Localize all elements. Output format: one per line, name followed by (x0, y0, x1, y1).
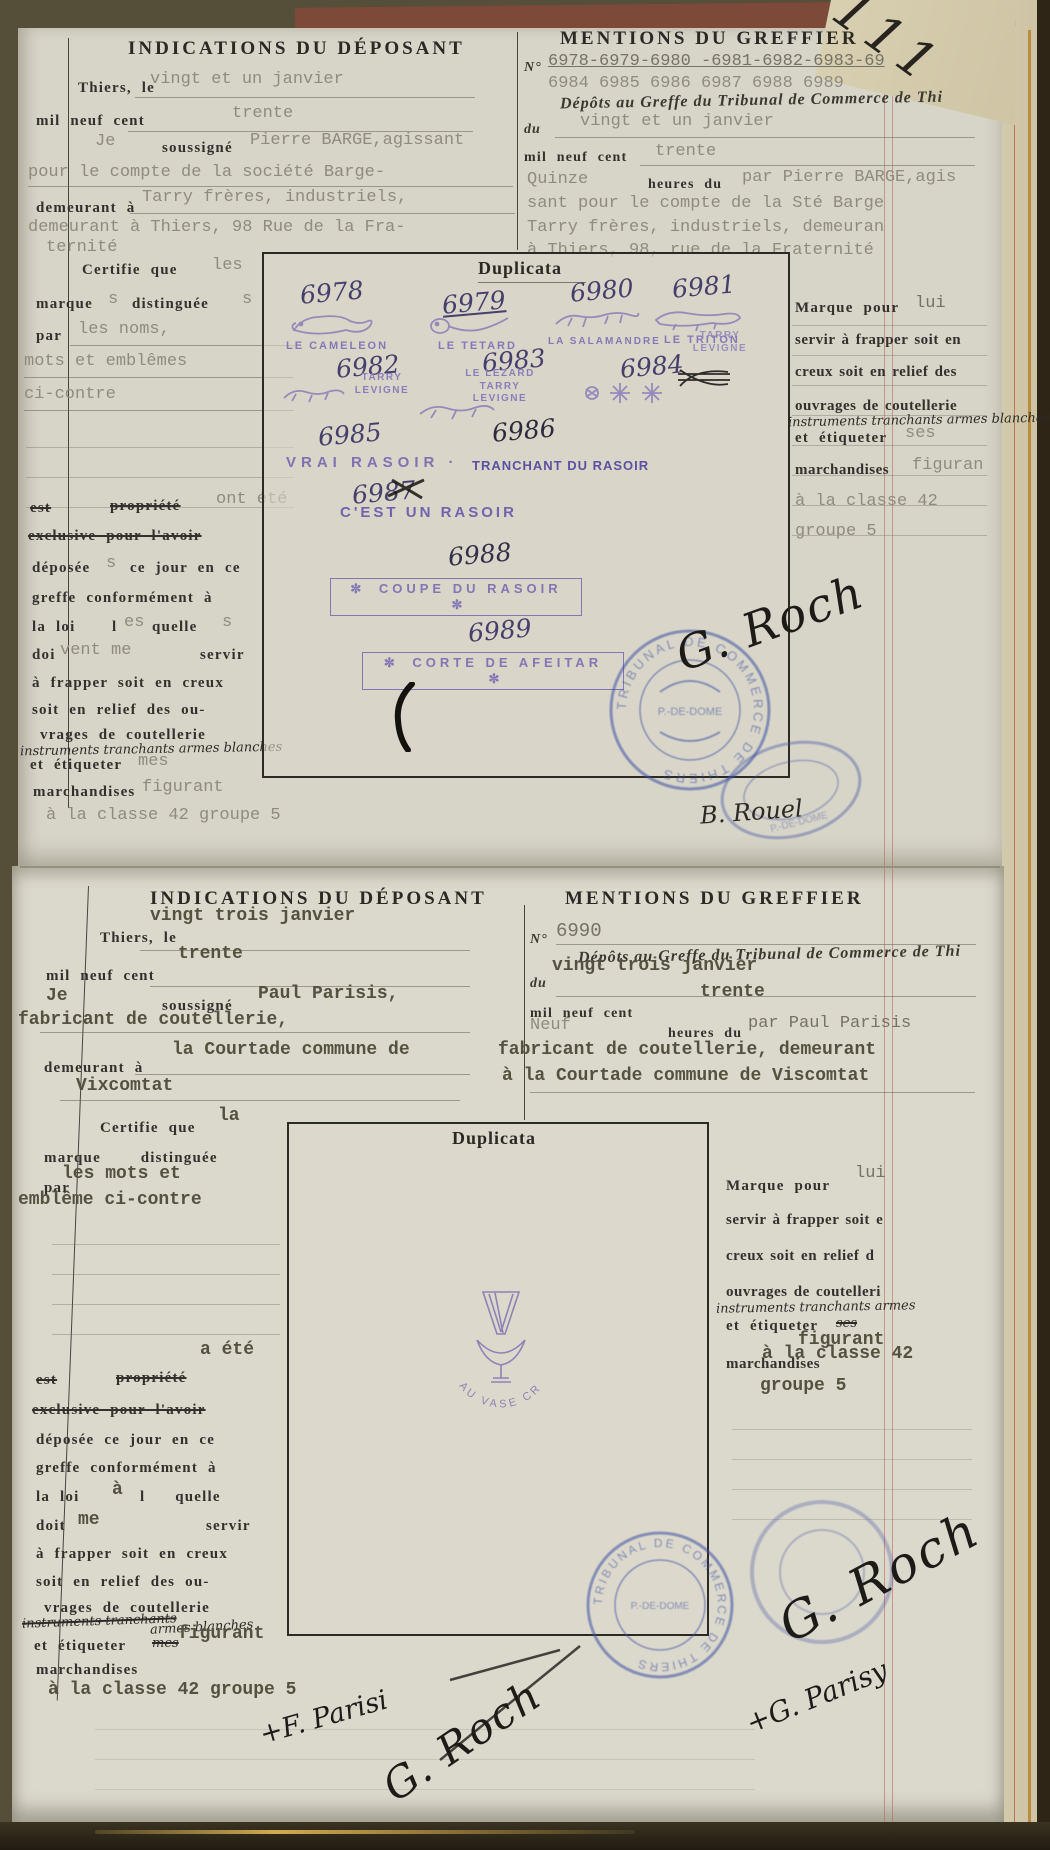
doc2-du-label: du (530, 976, 547, 992)
doc1-l: l (112, 619, 117, 636)
doc2-me: me (78, 1510, 100, 1530)
doc2-right-line2: fabricant de coutellerie, demeurant (498, 1040, 876, 1060)
bottom-shadow-edge (0, 1822, 1050, 1850)
doc1-residence2: demeurant à Thiers, 98 Rue de la Fra- (28, 218, 405, 237)
doc1-ses: ses (905, 424, 936, 443)
doc2-label-demeurant: demeurant à (44, 1060, 143, 1077)
mark-label: TARRY LEVIGNE (350, 372, 414, 397)
doc2-creux-line: creux soit en relief d (726, 1248, 874, 1265)
mark-label: COUPE DU RASOIR (379, 581, 562, 596)
doc1-frapper: à frapper soit en creux (32, 675, 224, 692)
doc2-servir: servir (206, 1518, 251, 1535)
doc2-number: 6990 (556, 920, 602, 942)
doc1-marque-pour: Marque pour (795, 300, 899, 317)
strike-x-icon (386, 476, 426, 502)
duplicata1-title: Duplicata (478, 258, 562, 279)
doc1-deposee: déposée (32, 560, 90, 577)
ruled-lines-doc2-left (52, 1215, 280, 1340)
doc2-right-border (524, 905, 525, 1120)
doc2-right-line3: à la Courtade commune de Viscomtat (502, 1066, 869, 1086)
doc2-servir-line: servir à frapper soit e (726, 1212, 883, 1229)
doc1-par-val1: les noms, (78, 320, 170, 339)
doc1-lui: lui (915, 294, 946, 313)
mark-label: LA SALAMANDRE (548, 336, 661, 347)
doc1-label-thiers-le: Thiers, le (78, 80, 155, 97)
dark-right-edge (1037, 0, 1050, 1850)
mark-label: C'EST UN RASOIR (340, 504, 517, 521)
duplicata2-title: Duplicata (452, 1128, 536, 1149)
doc1-right-marchandises: marchandises (795, 462, 889, 479)
doc1-marchandises: marchandises (33, 784, 135, 801)
sheet-crease (20, 866, 1000, 868)
doc2-right-year: trente (700, 982, 765, 1002)
doc1-label-soussigne: soussigné (162, 140, 233, 157)
doc1-relief: soit en relief des ou- (32, 702, 206, 719)
doc1-right-year: trente (655, 142, 716, 161)
underline (556, 996, 976, 997)
coupe-du-rasoir-banner-stamp: COUPE DU RASOIR (330, 578, 582, 616)
mark-number: 6988 (447, 537, 513, 571)
doc1-right-etiqueter: et étiqueter (795, 430, 887, 447)
doc1-la-loi: la loi (32, 619, 75, 636)
doc1-creux-line: creux soit en relief des (795, 364, 957, 381)
doc1-line-sant: sant pour le compte de la Sté Barge (527, 194, 884, 213)
doc1-ce-jour: ce jour en ce (130, 560, 241, 577)
doc1-certifie-val: les (212, 256, 243, 275)
bee-flower-stamp-icon (582, 380, 674, 406)
doc1-label-demeurant: demeurant à (36, 200, 135, 217)
doc2-lui: lui (855, 1164, 886, 1183)
vase-stamp-text: AU VASE CRISTAL (443, 1282, 544, 1408)
doc2-frapper: à frapper soit en creux (36, 1546, 228, 1563)
doc1-figurant: figurant (142, 778, 224, 797)
doc2-embleme: emblême ci-contre (18, 1190, 202, 1210)
doc2-mes-struck: mes (152, 1636, 179, 1651)
doc1-right-date: vingt et un janvier (580, 112, 774, 131)
mark-number: 6985 (317, 417, 383, 451)
doc2-date-value: vingt trois janvier (150, 906, 355, 926)
ink-stroke (386, 682, 422, 752)
doc1-residence: Tarry frères, industriels, (142, 188, 407, 207)
doc1-plural-s3: s (106, 554, 116, 573)
doc2-right-title: MENTIONS DU GREFFIER (565, 888, 864, 910)
doc1-mes: mes (138, 752, 169, 771)
doc1-label-distinguee: distinguée (132, 296, 209, 313)
doc1-line-tarry: Tarry frères, industriels, demeuran (527, 218, 884, 237)
mark-number: 6989 (467, 613, 533, 647)
doc2-marque-pour: Marque pour (726, 1178, 830, 1195)
doc2-label-mil: mil neuf cent (46, 968, 155, 985)
doc1-right-title: MENTIONS DU GREFFIER (560, 28, 859, 50)
doc2-deposee: déposée ce jour en ce (36, 1432, 215, 1449)
doc1-plural-s2: s (242, 290, 252, 309)
doc1-quelle: quelle (152, 619, 198, 636)
doc1-par-val3: ci-contre (24, 385, 116, 404)
stamp-inner-text: P.-DE-DOME (658, 706, 723, 718)
underline (60, 1100, 460, 1101)
doc1-right-figurant: figuran (912, 456, 983, 475)
doc2-classe: à la classe 42 groupe 5 (48, 1680, 296, 1700)
doc1-numbers-line2: 6984 6985 6986 6987 6988 6989 (548, 74, 844, 93)
newt-stamp-icon (652, 304, 744, 332)
doc2-line3: la Courtade commune de (172, 1040, 410, 1060)
doc1-propriete-struck: propriété (110, 498, 181, 515)
doc1-plural-s1: s (108, 290, 118, 309)
doc1-year-value: trente (232, 104, 293, 123)
doc2-marchandises: marchandises (36, 1662, 138, 1679)
doc1-right-classe: à la classe 42 (795, 492, 938, 511)
doc2-ses-struck: ses (836, 1316, 857, 1331)
doc2-propriete-struck: propriété (116, 1370, 187, 1387)
doc1-je: Je (95, 132, 115, 151)
doc1-label-certifie: Certifie que (82, 262, 178, 279)
doc1-servir: servir (200, 647, 245, 664)
doc2-exclusive-struck: exclusive pour l'avoir (32, 1402, 206, 1419)
underline (40, 1032, 470, 1033)
doc2-line4: Vixcomtat (76, 1076, 173, 1096)
doc1-numbers-line1: 6978-6979-6980 -6981-6982-6983-69 (548, 52, 885, 71)
doc1-plural-s4: s (222, 613, 232, 632)
doc2-doit: doit (36, 1518, 66, 1535)
doc2-right-classe: à la classe 42 (762, 1344, 913, 1364)
doc2-je: Je (46, 986, 68, 1006)
doc1-exclusive-struck: exclusive pour l'avoir (28, 528, 202, 545)
tribunal-round-stamp-2: TRIBUNAL DE COMMERCE DE THIERS P.-DE-DOM… (575, 1520, 745, 1690)
doc2-name: Paul Parisis, (258, 984, 398, 1004)
doc2-la-loi: la loi (36, 1489, 79, 1506)
doc1-no-label: N° (524, 60, 542, 76)
underline (130, 213, 515, 214)
salamander-stamp-icon (552, 306, 644, 334)
doc1-date-value: vingt et un janvier (150, 70, 344, 89)
doc2-l-quelle: l quelle (140, 1489, 221, 1506)
ledger-red-line (1014, 0, 1015, 1850)
doc2-relief: soit en relief des ou- (36, 1574, 210, 1591)
mark-number: 6984 (619, 349, 685, 383)
mark-label: LE LEZARD TARRY LEVIGNE (452, 368, 548, 406)
doc2-greffe: greffe conformément à (36, 1460, 217, 1477)
doc1-label-par: par (36, 328, 62, 345)
doc1-label-mil-neuf-cent: mil neuf cent (36, 113, 145, 130)
underline (555, 137, 975, 138)
lizard-stamp-icon (282, 382, 346, 408)
gilt-edge-glint (95, 1830, 635, 1834)
svg-text:AU VASE CRISTAL: AU VASE CRISTAL (443, 1282, 544, 1408)
doc2-year-value: trente (178, 944, 243, 964)
doc1-vent-me: vent me (60, 641, 131, 660)
doc1-left-title: INDICATIONS DU DÉPOSANT (128, 38, 465, 60)
doc1-residence3: ternité (46, 238, 117, 257)
mark-label: VRAI RASOIR · (286, 454, 459, 471)
doc1-classe: à la classe 42 groupe 5 (46, 806, 281, 825)
underline (24, 410, 294, 411)
doc1-servir-line: servir à frapper soit en (795, 332, 961, 349)
underline (24, 377, 294, 378)
doc2-a-typed: à (112, 1480, 123, 1500)
doc1-greffe: greffe conformément à (32, 590, 213, 607)
underline (28, 186, 513, 187)
stamp-inner-text: P.-DE-DOME (631, 1601, 690, 1612)
doc1-etiqueter: et étiqueter (30, 757, 122, 774)
orange-edge-line (1028, 30, 1031, 1850)
doc1-du-label: du (524, 122, 541, 138)
mark-number: 6986 (491, 413, 557, 447)
doc2-right-groupe: groupe 5 (760, 1376, 846, 1396)
doc1-par-name: par Pierre BARGE,agis (742, 168, 956, 187)
doc2-etiqueter: et étiqueter (34, 1638, 126, 1655)
tadpole-stamp-icon (428, 312, 512, 338)
underline (530, 1092, 975, 1093)
doc2-la: la (218, 1106, 240, 1126)
mark-number: 6978 (299, 275, 365, 309)
underline (135, 97, 475, 98)
signature-flourish (420, 1640, 600, 1780)
doc2-hour: Neuf (530, 1016, 571, 1035)
doc1-for-line: pour le compte de la société Barge- (28, 163, 385, 182)
doc2-label-thiers-le: Thiers, le (100, 930, 177, 947)
doc2-a-ete: a été (200, 1340, 254, 1360)
doc2-est-struck: est (36, 1372, 57, 1389)
mark-label: CORTE DE AFEITAR (412, 655, 602, 670)
doc1-right-mil: mil neuf cent (524, 150, 627, 166)
doc2-right-date: vingt trois janvier (552, 956, 757, 976)
doc2-certifie: Certifie que (100, 1120, 196, 1137)
doc1-par-val2: mots et emblêmes (24, 352, 187, 371)
doc2-line2: fabricant de coutellerie, (18, 1010, 288, 1030)
tarry-levigne-extra-stamp: TARRY LEVIGNE (688, 330, 752, 355)
doc1-deposant-name: Pierre BARGE,agissant (250, 131, 464, 150)
doc1-est-struck: est (30, 500, 51, 517)
archival-photo: 111 INDICATIONS DU DÉPOSANT Thiers, le v… (0, 0, 1050, 1850)
underline (640, 165, 975, 166)
crossed-out-stamp-icon (676, 366, 732, 390)
doc1-label-marque: marque (36, 296, 93, 313)
doc2-par-name: par Paul Parisis (748, 1014, 911, 1033)
chameleon-stamp-icon (288, 308, 378, 338)
mark-label: TRANCHANT DU RASOIR (472, 458, 649, 473)
doc1-heures-du: heures du (648, 177, 722, 193)
vase-cristal-stamp: AU VASE CRISTAL (443, 1282, 559, 1408)
mark-number: 6981 (671, 269, 737, 303)
mark-number: 6980 (569, 273, 635, 307)
mark-label: LE CAMELEON (286, 340, 388, 352)
underline (135, 1074, 470, 1075)
doc2-figurant: figurant (178, 1624, 264, 1644)
doc1-es: es (124, 613, 144, 632)
doc1-right-groupe: groupe 5 (795, 522, 877, 541)
doc1-hour: Quinze (527, 170, 588, 189)
doc2-no-label: N° (530, 932, 548, 948)
doc1-right-border (517, 32, 518, 250)
doc1-doit: doi (32, 647, 56, 664)
doc2-les-mots: les mots et (62, 1164, 181, 1184)
